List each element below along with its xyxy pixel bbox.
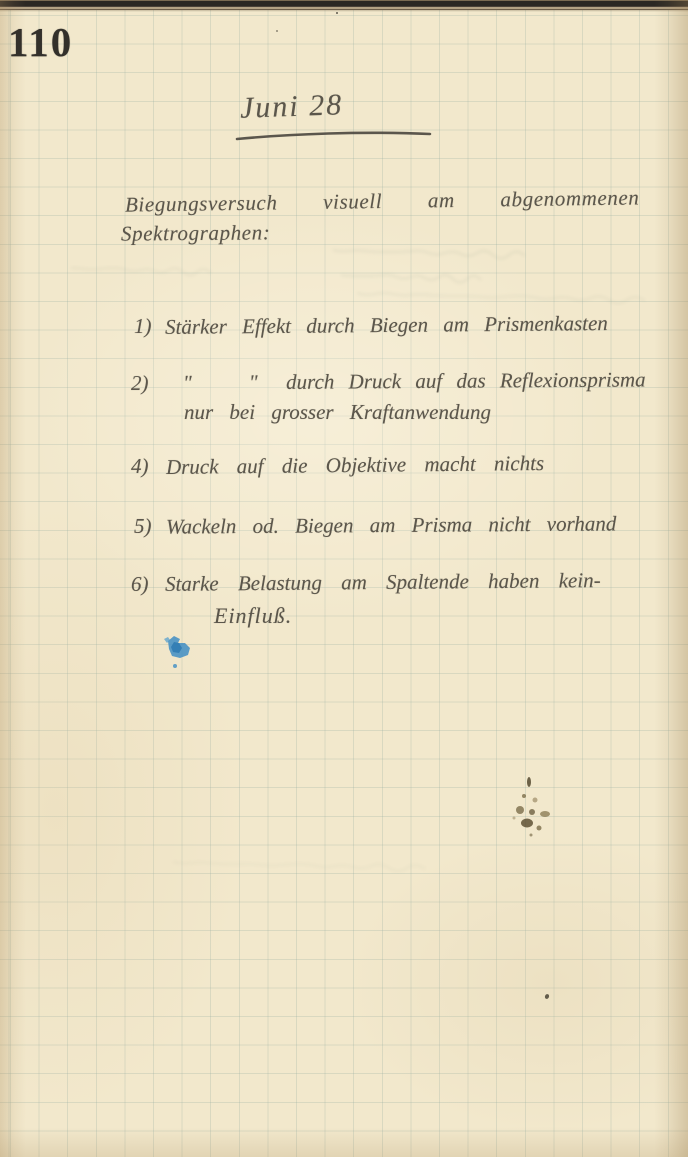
ghost-writing: [55, 262, 215, 280]
ghost-writing: [350, 290, 650, 308]
intro-line-2: Spektrographen:: [121, 220, 271, 246]
list-item-5-text: Wackeln od. Biegen am Prisma nicht vorha…: [166, 511, 617, 539]
right-page-shadow: [654, 0, 688, 1157]
list-item-1-number: 1): [134, 314, 152, 339]
list-item-6-text: Starke Belastung am Spaltende haben kein…: [165, 568, 601, 597]
ink-speck: [336, 12, 338, 14]
blue-ink-blot: [160, 633, 198, 675]
list-item-6-text-line2: Einfluß.: [214, 603, 292, 629]
list-item-6-number: 6): [131, 572, 149, 597]
page-number: 110: [8, 18, 73, 66]
ghost-writing: [325, 268, 485, 288]
ink-speck: [276, 30, 278, 32]
list-item-4-number: 4): [131, 454, 149, 479]
bottom-page-shadow: [0, 1127, 688, 1157]
ink-speck: [544, 993, 550, 999]
list-item-4-text: Druck auf die Objektive macht nichts: [166, 451, 544, 480]
intro-line-1: Biegungsversuch visuell am abgenommenen: [125, 185, 640, 217]
list-item-2-text: " " durch Druck auf das Reflexionsprisma: [183, 367, 646, 395]
notebook-page: 110 Juni 28 Biegungsversuch visuell am a…: [0, 0, 688, 1157]
brown-stain: [502, 770, 562, 842]
ghost-writing: [290, 244, 530, 264]
list-item-2-text-line2: nur bei grosser Kraftanwendung: [184, 400, 491, 425]
left-page-shadow: [0, 0, 26, 1157]
list-item-1-text: Stärker Effekt durch Biegen am Prismenka…: [165, 311, 608, 340]
ghost-writing: [150, 858, 430, 876]
top-binding-edge: [0, 0, 688, 12]
heading-underline: [234, 128, 434, 144]
heading-date: Juni 28: [239, 88, 343, 126]
list-item-2-number: 2): [131, 371, 149, 396]
list-item-5-number: 5): [134, 514, 152, 539]
